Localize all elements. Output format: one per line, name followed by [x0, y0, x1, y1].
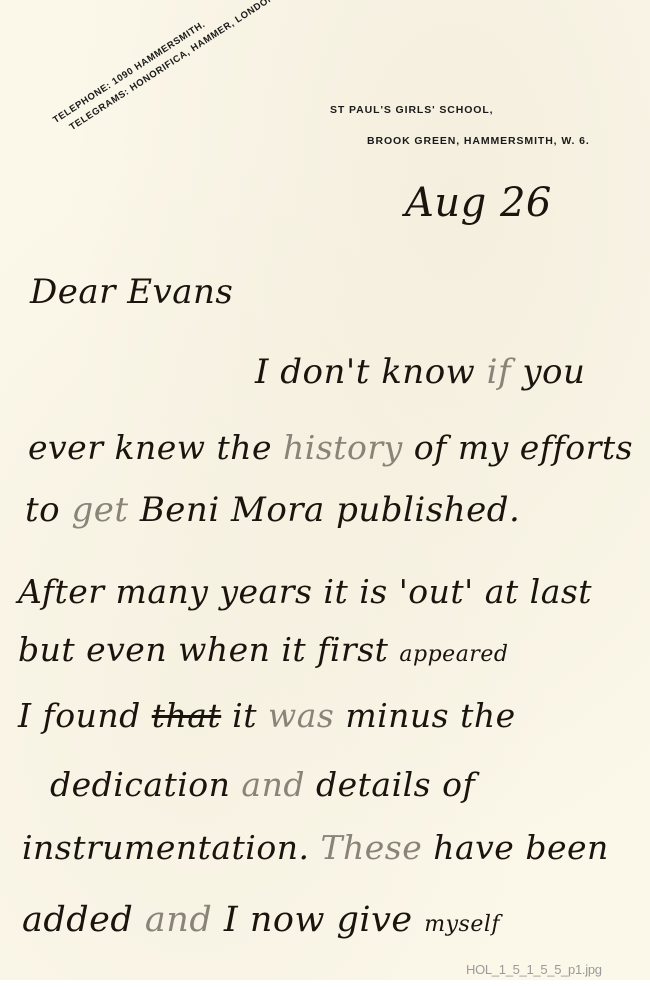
text-segment: have been	[422, 828, 609, 867]
text-segment-faint: and	[145, 900, 212, 940]
letter-line-1: I don't know if you	[255, 352, 585, 392]
text-segment-faint: if	[487, 352, 523, 392]
text-segment: ever knew the	[28, 428, 283, 467]
letter-line-7: dedication and details of	[50, 765, 475, 804]
text-segment: of my efforts	[403, 428, 633, 467]
text-segment: you	[522, 352, 585, 392]
letterhead-school-name: ST PAUL'S GIRLS' SCHOOL,	[330, 104, 494, 116]
text-segment: Beni Mora published.	[129, 490, 521, 530]
letter-page: TELEPHONE: 1090 HAMMERSMITH. TELEGRAMS: …	[0, 0, 650, 981]
text-segment-faint: and	[241, 765, 305, 804]
letter-line-4: After many years it is 'out' at last	[18, 572, 592, 611]
letter-line-9: added and I now give myself	[22, 900, 500, 940]
text-segment: but even when it first	[18, 630, 399, 669]
text-segment-faint: was	[268, 696, 334, 735]
text-segment: it	[221, 696, 268, 735]
text-segment: details of	[305, 765, 475, 804]
letterhead-telegrams: TELEGRAMS: HONORIFICA, HAMMER, LONDON.	[67, 0, 281, 135]
letter-date: Aug 26	[405, 180, 552, 226]
text-segment: I don't know	[255, 352, 487, 392]
letter-line-2: ever knew the history of my efforts	[28, 428, 633, 467]
letterhead-contact-block: TELEPHONE: 1090 HAMMERSMITH. TELEGRAMS: …	[50, 0, 281, 140]
text-segment-faint: These	[320, 828, 422, 867]
image-filename-watermark: HOL_1_5_1_5_5_p1.jpg	[466, 962, 602, 977]
letter-salutation: Dear Evans	[30, 272, 233, 312]
text-segment-faint: get	[71, 490, 128, 530]
text-segment: I now give	[212, 900, 424, 940]
letter-line-6: I found that it was minus the	[18, 696, 516, 735]
text-segment: minus the	[334, 696, 515, 735]
text-segment: dedication	[50, 765, 241, 804]
text-segment-small: myself	[424, 912, 500, 937]
letter-line-5: but even when it first appeared	[18, 630, 508, 669]
scan-bottom-margin	[0, 980, 650, 987]
text-segment: instrumentation.	[22, 828, 320, 867]
text-segment: added	[22, 900, 145, 940]
letter-line-3: to get Beni Mora published.	[25, 490, 520, 530]
text-segment-small: appeared	[399, 642, 508, 667]
text-segment-struck: that	[152, 696, 221, 735]
text-segment: I found	[18, 696, 152, 735]
text-segment-faint: history	[283, 428, 403, 467]
letter-line-8: instrumentation. These have been	[22, 828, 609, 867]
letterhead-address: BROOK GREEN, HAMMERSMITH, W. 6.	[367, 135, 590, 147]
text-segment: to	[25, 490, 71, 530]
